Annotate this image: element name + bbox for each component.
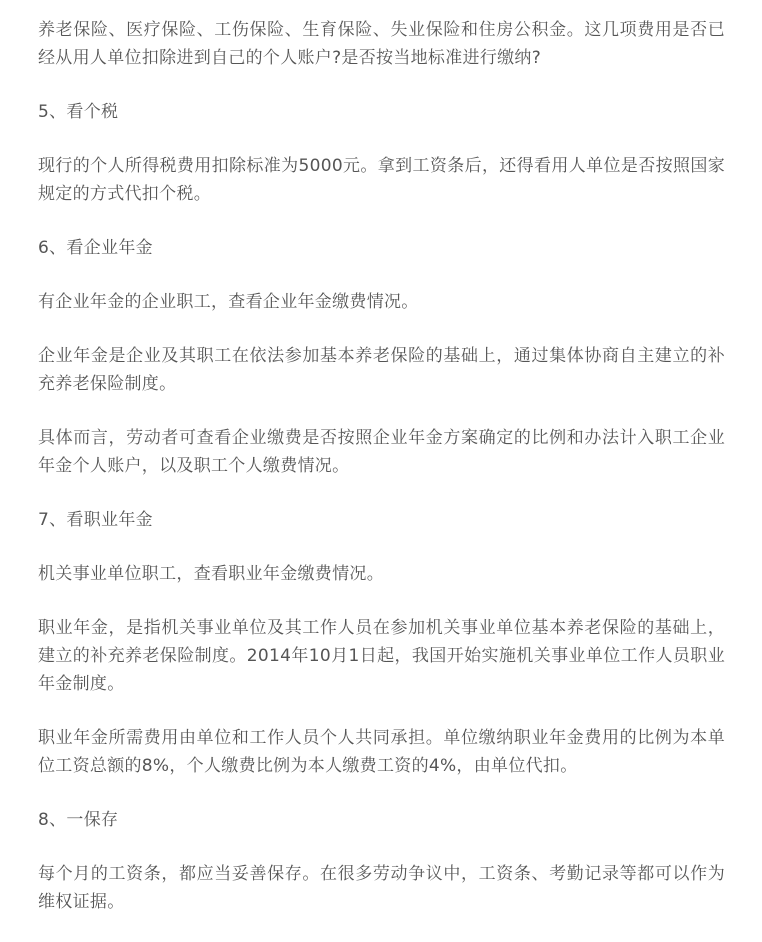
section-heading-7-occupational-annuity: 7、看职业年金 — [38, 506, 725, 534]
section-heading-5-personal-tax: 5、看个税 — [38, 98, 725, 126]
paragraph-occupational-annuity-cost: 职业年金所需费用由单位和工作人员个人共同承担。单位缴纳职业年金费用的比例为本单位… — [38, 724, 725, 780]
article-body: 养老保险、医疗保险、工伤保险、生育保险、失业保险和住房公积金。这几项费用是否已经… — [0, 0, 762, 916]
article-page: 养老保险、医疗保险、工伤保险、生育保险、失业保险和住房公积金。这几项费用是否已经… — [0, 0, 762, 942]
paragraph-occupational-annuity-check: 机关事业单位职工，查看职业年金缴费情况。 — [38, 560, 725, 588]
paragraph-enterprise-annuity-define: 企业年金是企业及其职工在依法参加基本养老保险的基础上，通过集体协商自主建立的补充… — [38, 342, 725, 398]
paragraph-insurance-items: 养老保险、医疗保险、工伤保险、生育保险、失业保险和住房公积金。这几项费用是否已经… — [38, 16, 725, 72]
section-heading-8-keep-payslip: 8、一保存 — [38, 806, 725, 834]
paragraph-keep-payslip: 每个月的工资条，都应当妥善保存。在很多劳动争议中，工资条、考勤记录等都可以作为维… — [38, 860, 725, 916]
paragraph-enterprise-annuity-check: 有企业年金的企业职工，查看企业年金缴费情况。 — [38, 288, 725, 316]
paragraph-enterprise-annuity-detail: 具体而言，劳动者可查看企业缴费是否按照企业年金方案确定的比例和办法计入职工企业年… — [38, 424, 725, 480]
paragraph-personal-tax: 现行的个人所得税费用扣除标准为5000元。拿到工资条后，还得看用人单位是否按照国… — [38, 152, 725, 208]
paragraph-occupational-annuity-define: 职业年金，是指机关事业单位及其工作人员在参加机关事业单位基本养老保险的基础上，建… — [38, 614, 725, 698]
section-heading-6-enterprise-annuity: 6、看企业年金 — [38, 234, 725, 262]
